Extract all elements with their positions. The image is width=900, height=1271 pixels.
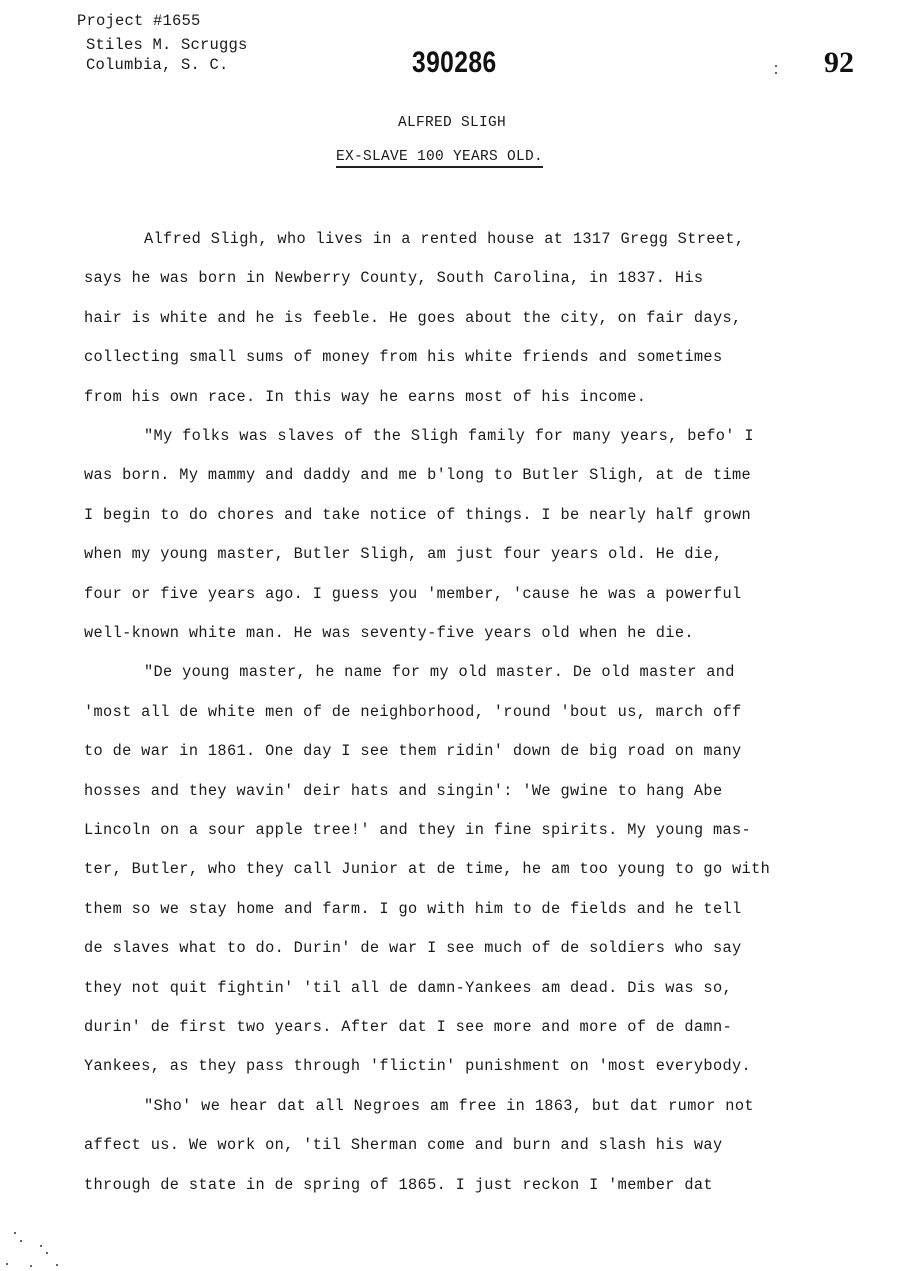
text-line: de slaves what to do. Durin' de war I se… bbox=[84, 939, 742, 957]
author-name: Stiles M. Scruggs bbox=[86, 36, 248, 54]
scan-artifact bbox=[20, 1240, 22, 1242]
author-location: Columbia, S. C. bbox=[86, 56, 229, 74]
text-line: "De young master, he name for my old mas… bbox=[144, 663, 735, 681]
text-line: to de war in 1861. One day I see them ri… bbox=[84, 742, 742, 760]
document-subtitle: EX-SLAVE 100 YEARS OLD. bbox=[336, 149, 543, 168]
scan-artifact bbox=[40, 1245, 42, 1247]
accession-stamp: 390286 bbox=[412, 46, 497, 80]
text-line: four or five years ago. I guess you 'mem… bbox=[84, 585, 742, 603]
text-line: well-known white man. He was seventy-fiv… bbox=[84, 624, 694, 642]
scan-artifact bbox=[30, 1265, 32, 1267]
text-line: when my young master, Butler Sligh, am j… bbox=[84, 545, 722, 563]
text-line: Lincoln on a sour apple tree!' and they … bbox=[84, 821, 751, 839]
text-line: was born. My mammy and daddy and me b'lo… bbox=[84, 466, 751, 484]
text-line: Alfred Sligh, who lives in a rented hous… bbox=[144, 230, 744, 248]
text-line: through de state in de spring of 1865. I… bbox=[84, 1176, 713, 1194]
project-number: Project #1655 bbox=[77, 12, 201, 30]
text-line: Yankees, as they pass through 'flictin' … bbox=[84, 1057, 751, 1075]
text-line: them so we stay home and farm. I go with… bbox=[84, 900, 742, 918]
scan-artifact bbox=[46, 1252, 48, 1254]
page-number: 92 bbox=[824, 46, 854, 80]
text-line: from his own race. In this way he earns … bbox=[84, 388, 646, 406]
text-line: hosses and they wavin' deir hats and sin… bbox=[84, 782, 722, 800]
text-line: 'most all de white men of de neighborhoo… bbox=[84, 703, 742, 721]
text-line: "Sho' we hear dat all Negroes am free in… bbox=[144, 1097, 754, 1115]
text-line: "My folks was slaves of the Sligh family… bbox=[144, 427, 754, 445]
scan-artifact bbox=[14, 1232, 16, 1234]
margin-dot bbox=[775, 72, 777, 74]
text-line: affect us. We work on, 'til Sherman come… bbox=[84, 1136, 722, 1154]
document-page: Project #1655 Stiles M. Scruggs Columbia… bbox=[0, 0, 900, 1271]
text-line: collecting small sums of money from his … bbox=[84, 348, 722, 366]
text-line: hair is white and he is feeble. He goes … bbox=[84, 309, 742, 327]
text-line: says he was born in Newberry County, Sou… bbox=[84, 269, 703, 287]
document-title: ALFRED SLIGH bbox=[398, 115, 506, 131]
scan-artifact bbox=[6, 1263, 8, 1265]
text-line: I begin to do chores and take notice of … bbox=[84, 506, 751, 524]
margin-dot bbox=[775, 65, 777, 67]
text-line: they not quit fightin' 'til all de damn-… bbox=[84, 979, 732, 997]
text-line: durin' de first two years. After dat I s… bbox=[84, 1018, 732, 1036]
scan-artifact bbox=[56, 1264, 58, 1266]
text-line: ter, Butler, who they call Junior at de … bbox=[84, 860, 770, 878]
